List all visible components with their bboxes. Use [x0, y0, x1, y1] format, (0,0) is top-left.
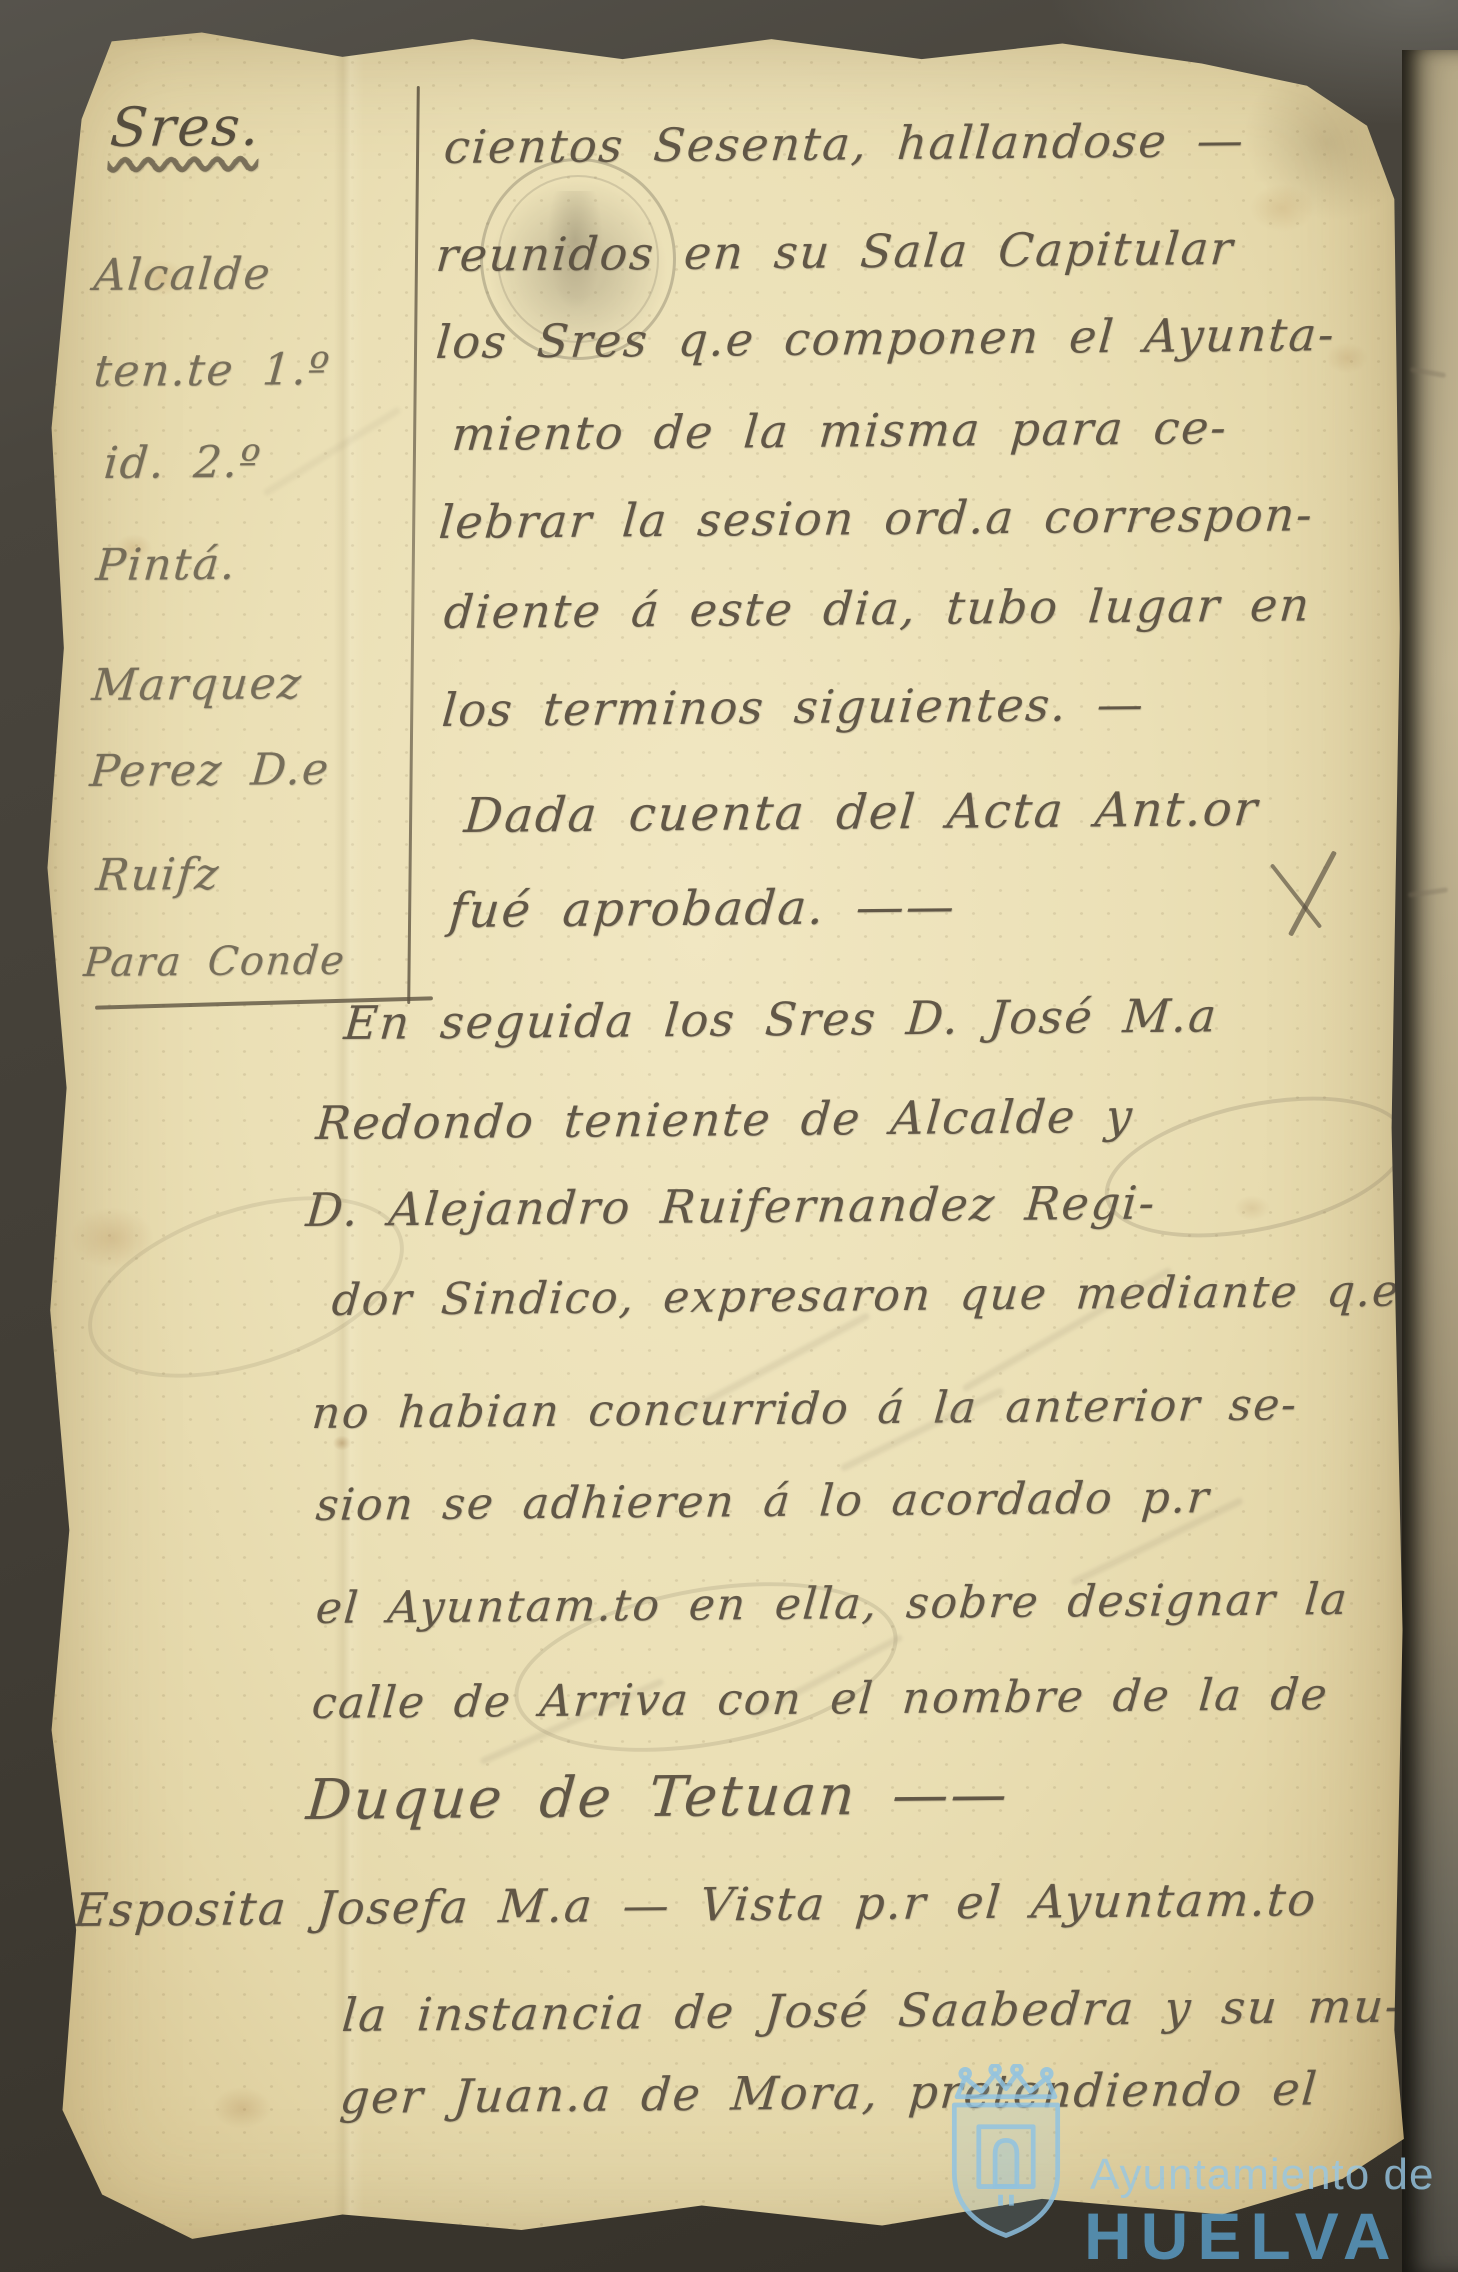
body-line: lebrar la sesion ord.a correspon- — [437, 487, 1316, 549]
adjacent-page-edge — [1402, 50, 1458, 2272]
archival-scan: Sres.Alcaldeten.te 1.ºid. 2.ºPintá.Marqu… — [0, 0, 1458, 2272]
body-line: reunidos en su Sala Capitular — [434, 221, 1236, 282]
body-line: diente á este dia, tubo lugar en — [442, 577, 1313, 639]
margin-rule-vertical — [407, 86, 420, 1004]
watermark-text-line1: Ayuntamiento de — [1090, 2150, 1434, 2200]
body-line: Dada cuenta del Acta Ant.or — [462, 781, 1261, 844]
margin-line: Alcalde — [92, 248, 273, 301]
show-through-oval — [1092, 1072, 1420, 1261]
watermark-text-line2: HUELVA — [1084, 2198, 1400, 2272]
body-line: En seguida los Sres D. José M.a — [342, 988, 1220, 1050]
body-line: Esposita Josefa M.a — Vista p.r el Ayunt… — [72, 1872, 1319, 1937]
margin-line: id. 2.º — [102, 437, 264, 489]
body-line: sion se adhieren á lo acordado p.r — [314, 1472, 1212, 1531]
body-line: cientos Sesenta, hallandose — — [442, 113, 1247, 174]
page-edge-ink-bleed — [1410, 367, 1446, 378]
margin-line: Pintá. — [94, 539, 239, 591]
margin-line: Perez D.e — [88, 744, 332, 797]
margin-line: Para Conde — [82, 938, 347, 986]
body-line: miento de la misma para ce- — [450, 400, 1230, 461]
body-line: fué aprobada. —— — [447, 879, 958, 939]
body-line: la instancia de José Saabedra y su mu- — [340, 1979, 1405, 2042]
body-line: los Sres q.e componen el Ayunta- — [434, 307, 1338, 369]
body-line: los terminos siguientes. — — [440, 677, 1147, 737]
archive-watermark: Ayuntamiento de HUELVA — [938, 2050, 1438, 2272]
margin-line: Sres. — [108, 95, 264, 159]
show-through-streak — [262, 406, 401, 497]
page-edge-ink-bleed — [1408, 887, 1448, 898]
margin-line: Marquez — [90, 658, 305, 711]
body-line: Duque de Tetuan —— — [304, 1762, 1012, 1833]
body-line: Redondo teniente de Alcalde y — [314, 1089, 1136, 1150]
margin-line: ten.te 1.º — [92, 344, 333, 397]
body-line: D. Alejandro Ruifernandez Regi- — [304, 1176, 1158, 1237]
margin-line: Ruifz — [94, 849, 222, 901]
huelva-crest-icon — [938, 2064, 1074, 2252]
body-line: no habian concurrido á la anterior se- — [310, 1379, 1300, 1439]
manuscript-page: Sres.Alcaldeten.te 1.ºid. 2.ºPintá.Marqu… — [42, 28, 1408, 2250]
